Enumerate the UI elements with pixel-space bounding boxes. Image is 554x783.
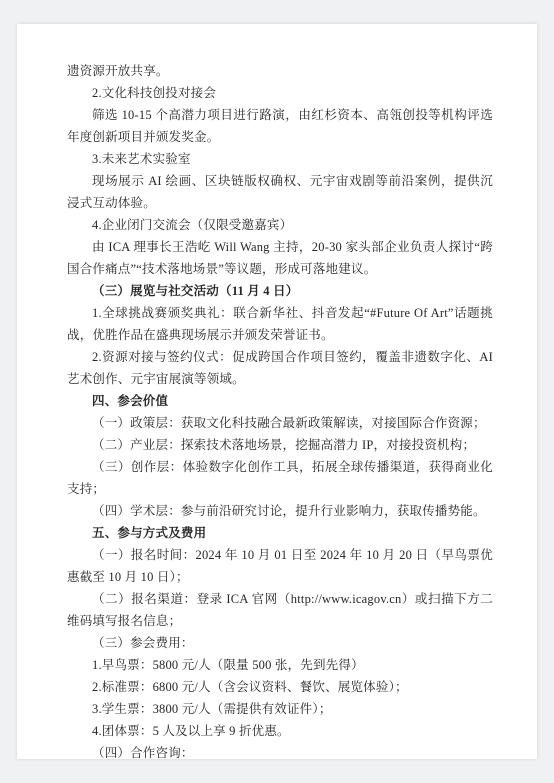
item-industry-layer: （二）产业层：探索技术落地场景，挖掘高潜力 IP，对接投资机构； [67,434,493,456]
document-content: 遗资源开放共享。 2.文化科技创投对接会 筛选 10-15 个高潜力项目进行路演… [67,60,493,764]
item-registration-channel: （二）报名渠道：登录 ICA 官网（http://www.icagov.cn）或… [67,588,493,632]
para-heritage-sharing-continuation: 遗资源开放共享。 [67,60,493,82]
item-registration-time: （一）报名时间：2024 年 10 月 01 日至 2024 年 10 月 20… [67,544,493,588]
para-meeting-host: 由 ICA 理事长王浩屹 Will Wang 主持，20-30 家头部企业负责人… [67,236,493,280]
item-academic-layer: （四）学术层：参与前沿研究讨论，提升行业影响力，获取传播势能。 [67,500,493,522]
item-early-bird-ticket: 1.早鸟票：5800 元/人（限量 500 张，先到先得） [67,654,493,676]
item-4-closed-door-meeting: 4.企业闭门交流会（仅限受邀嘉宾） [67,214,493,236]
heading-section-5-method-and-fees: 五、参与方式及费用 [67,522,493,544]
item-conference-fees: （三）参会费用： [67,632,493,654]
para-onsite-demo: 现场展示 AI 绘画、区块链版权确权、元宇宙戏剧等前沿案例，提供沉浸式互动体验。 [67,170,493,214]
item-student-ticket: 3.学生票：3800 元/人（需提供有效证件）； [67,698,493,720]
heading-section-4-participation-value: 四、参会价值 [67,390,493,412]
item-creation-layer: （三）创作层：体验数字化创作工具，拓展全球传播渠道，获得商业化支持； [67,456,493,500]
item-3-future-art-lab: 3.未来艺术实验室 [67,148,493,170]
para-roadshow-selection: 筛选 10-15 个高潜力项目进行路演，由红杉资本、高瓴创投等机构评选年度创新项… [67,104,493,148]
item-2-signing-ceremony: 2.资源对接与签约仪式：促成跨国合作项目签约，覆盖非遗数字化、AI 艺术创作、元… [67,346,493,390]
heading-section-3-exhibition-social: （三）展览与社交活动（11 月 4 日） [67,280,493,302]
item-cooperation-consulting: （四）合作咨询： [67,742,493,764]
item-policy-layer: （一）政策层：获取文化科技融合最新政策解读，对接国际合作资源； [67,412,493,434]
item-2-culture-tech-investment-meeting: 2.文化科技创投对接会 [67,82,493,104]
item-1-award-ceremony: 1.全球挑战赛颁奖典礼：联合新华社、抖音发起“#Future Of Art”话题… [67,302,493,346]
item-group-ticket: 4.团体票：5 人及以上享 9 折优惠。 [67,720,493,742]
document-page: 遗资源开放共享。 2.文化科技创投对接会 筛选 10-15 个高潜力项目进行路演… [17,24,537,759]
item-standard-ticket: 2.标准票：6800 元/人（含会议资料、餐饮、展览体验）； [67,676,493,698]
